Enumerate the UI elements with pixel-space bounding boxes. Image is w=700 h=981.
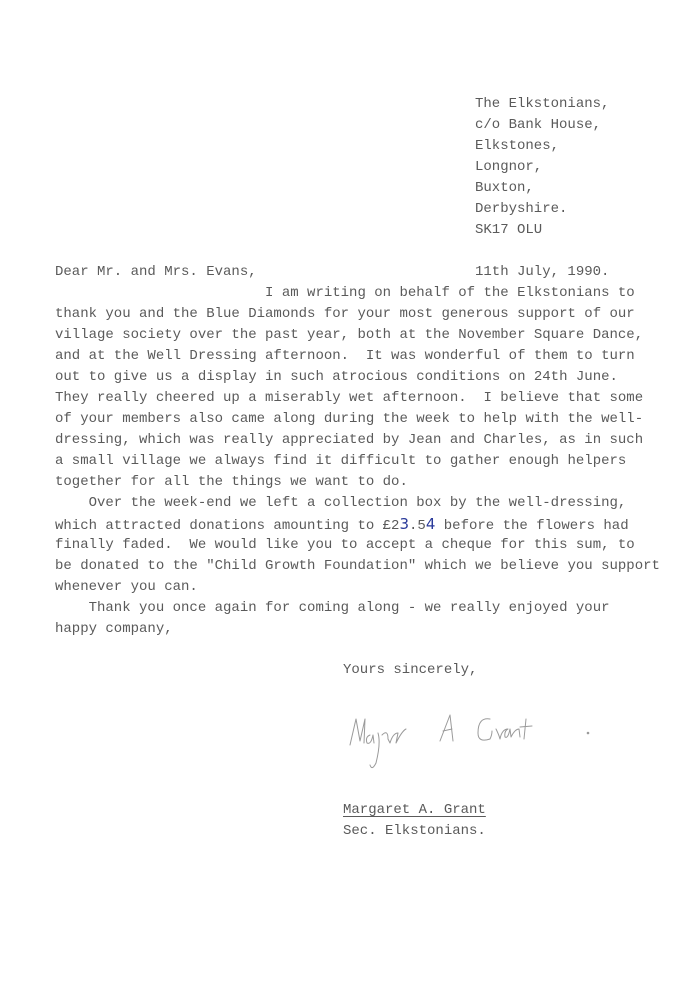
body-line: Over the week-end we left a collection b… (55, 495, 626, 511)
body-line: a small village we always find it diffic… (55, 453, 626, 469)
signatory-title: Sec. Elkstonians. (343, 823, 486, 839)
amount-typed-prefix: £2 (383, 518, 400, 534)
handwritten-correction-digit: 3 (399, 515, 409, 533)
body-line: dressing, which was really appreciated b… (55, 432, 643, 448)
signatory-name: Margaret A. Grant (343, 802, 486, 818)
body-line: and at the Well Dressing afternoon. It w… (55, 348, 635, 364)
letter-date: 11th July, 1990. (475, 264, 609, 280)
body-line: whenever you can. (55, 579, 198, 595)
body-line: finally faded. We would like you to acce… (55, 537, 635, 553)
body-line: village society over the past year, both… (55, 327, 643, 343)
amount-line-text: which attracted donations amounting to (55, 518, 383, 534)
closing: Yours sincerely, (343, 662, 477, 678)
address-line: Longnor, (475, 159, 542, 175)
body-line: be donated to the "Child Growth Foundati… (55, 558, 660, 574)
body-line: of your members also came along during t… (55, 411, 643, 427)
body-line: thank you and the Blue Diamonds for your… (55, 306, 635, 322)
address-line: SK17 OLU (475, 222, 542, 238)
handwritten-correction-digit: 4 (426, 515, 436, 533)
salutation: Dear Mr. and Mrs. Evans, (55, 264, 257, 280)
body-line: out to give us a display in such atrocio… (55, 369, 618, 385)
body-line-amount: which attracted donations amounting to £… (55, 516, 629, 534)
address-line: Buxton, (475, 180, 534, 196)
amount-line-suffix: before the flowers had (435, 518, 628, 534)
body-line: I am writing on behalf of the Elkstonian… (55, 285, 635, 301)
address-line: Elkstones, (475, 138, 559, 154)
amount-typed-middle: .5 (409, 518, 426, 534)
address-line: The Elkstonians, (475, 96, 609, 112)
body-line: Thank you once again for coming along - … (55, 600, 610, 616)
handwritten-signature (340, 705, 610, 785)
body-line: happy company, (55, 621, 173, 637)
body-line: together for all the things we want to d… (55, 474, 408, 490)
address-line: Derbyshire. (475, 201, 567, 217)
body-line: They really cheered up a miserably wet a… (55, 390, 643, 406)
address-line: c/o Bank House, (475, 117, 601, 133)
